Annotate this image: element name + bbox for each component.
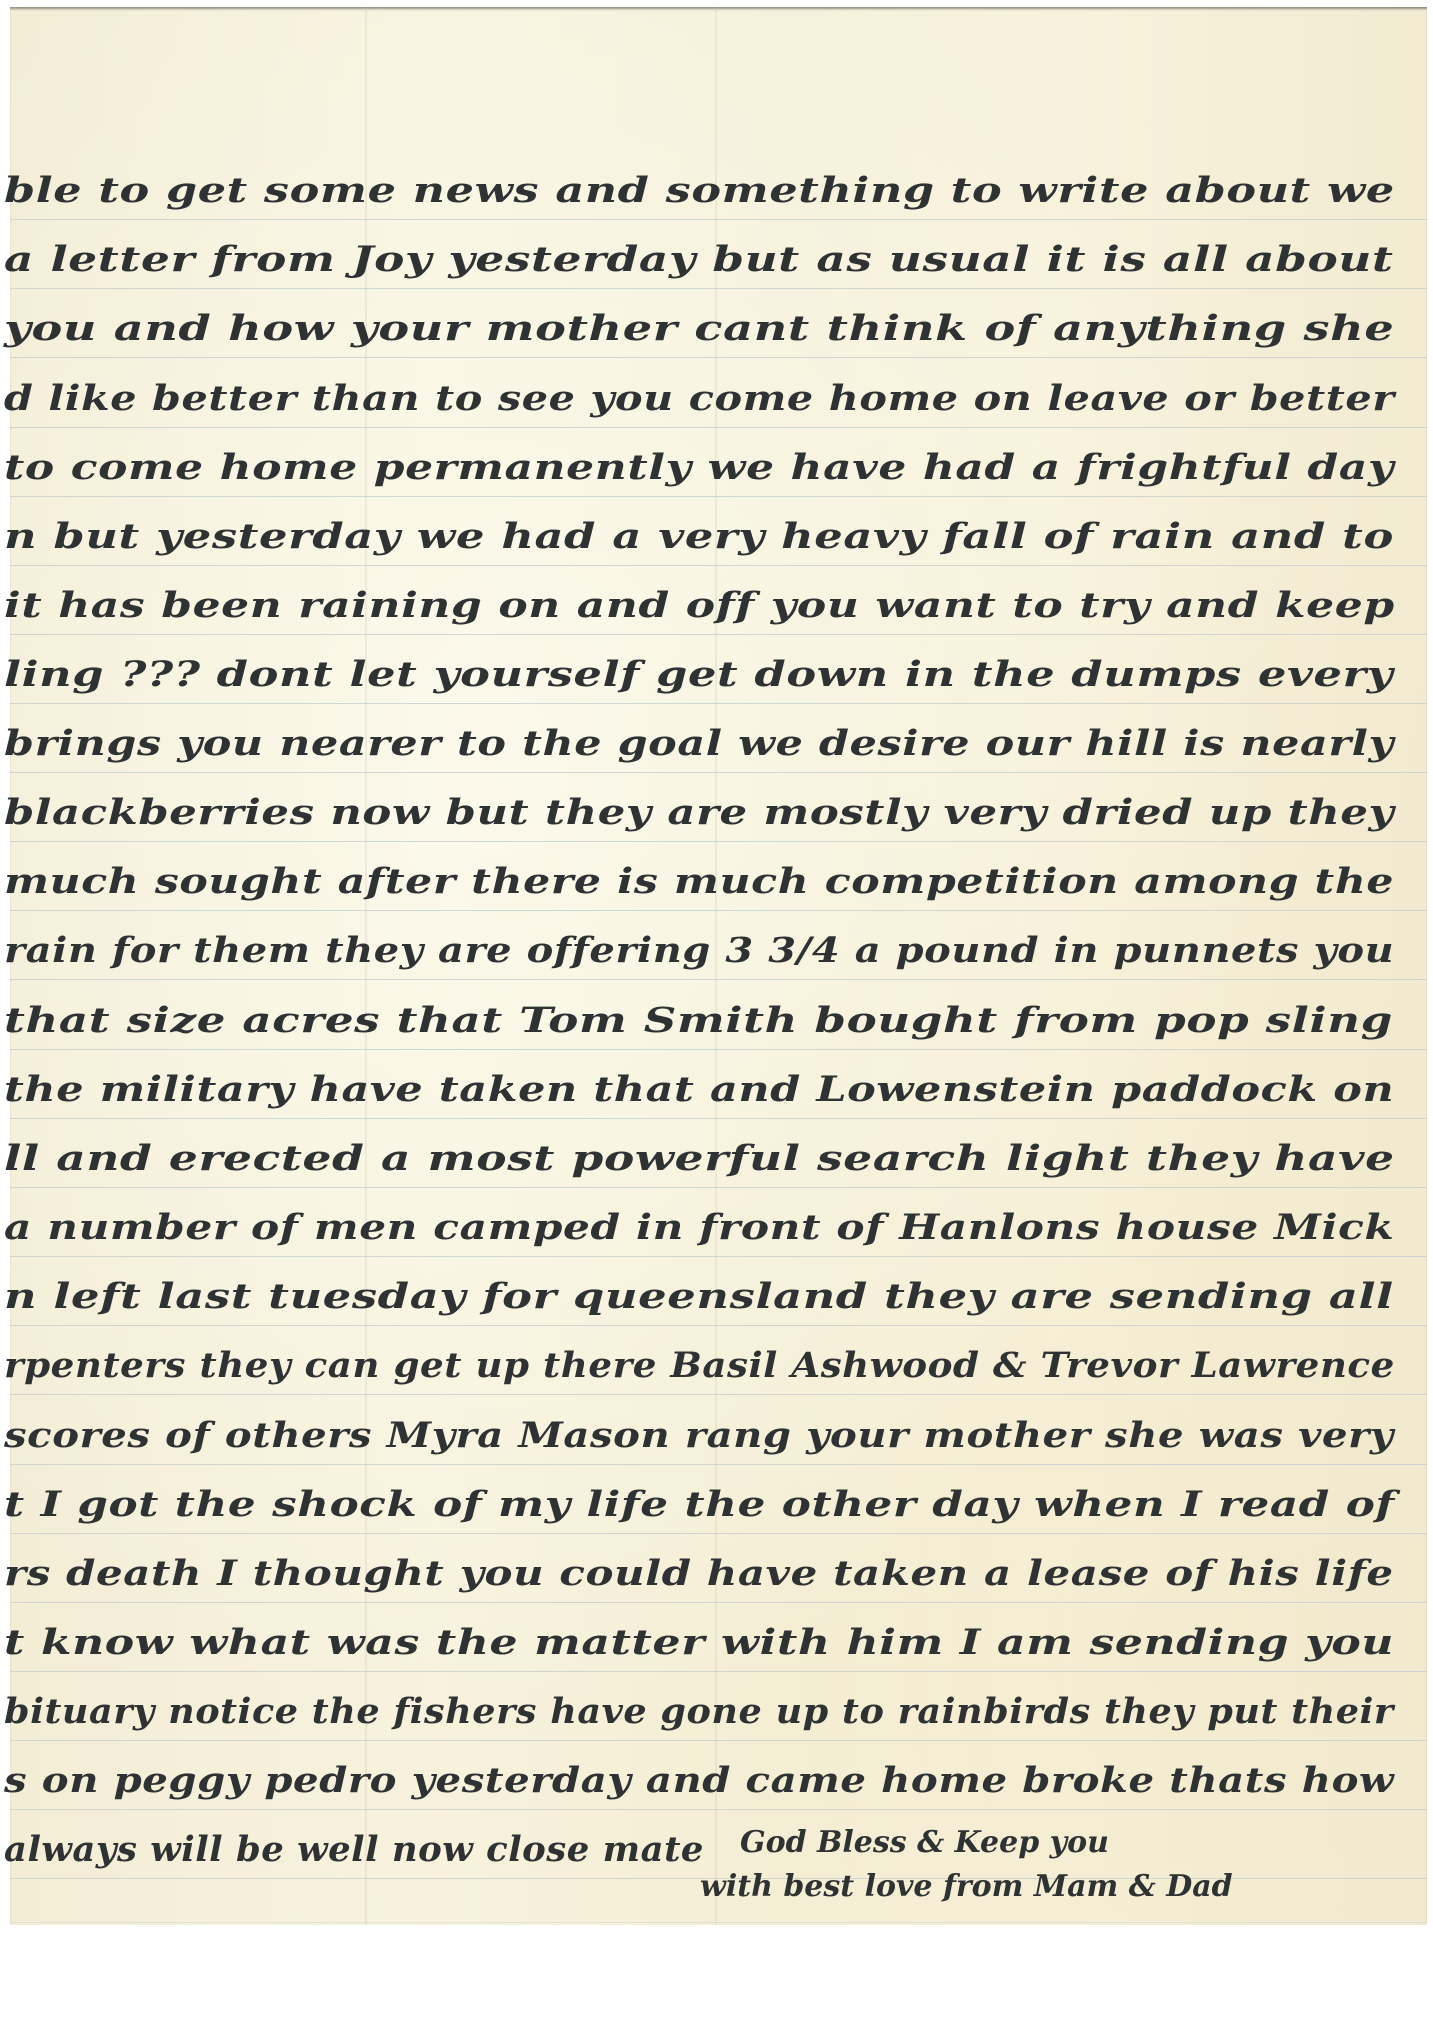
ruled-line	[10, 427, 1427, 428]
handwritten-line: ling ??? dont let yourself get down in t…	[4, 651, 1393, 699]
ruled-line	[10, 1922, 1427, 1923]
handwritten-line: rain for them they are offering 3 3/4 a …	[4, 927, 1394, 975]
handwritten-line: a number of men camped in front of Hanlo…	[4, 1204, 1394, 1252]
handwritten-line: n left last tuesday for queensland they …	[4, 1273, 1394, 1321]
ruled-line	[10, 1049, 1427, 1050]
handwritten-line: it has been raining on and off you want …	[4, 582, 1395, 630]
ruled-line	[10, 1187, 1427, 1188]
handwritten-line: to come home permanently we have had a f…	[4, 444, 1394, 492]
ruled-line	[10, 634, 1427, 635]
letter-sheet: ble to get some news and something to wr…	[10, 7, 1427, 1925]
handwritten-line: rpenters they can get up there Basil Ash…	[4, 1342, 1395, 1390]
ruled-line	[10, 910, 1427, 911]
ruled-line	[10, 772, 1427, 773]
ruled-line	[10, 1394, 1427, 1395]
handwritten-line: much sought after there is much competit…	[4, 858, 1394, 906]
ruled-line	[10, 565, 1427, 566]
ruled-line	[10, 1533, 1427, 1534]
handwritten-line: bituary notice the fishers have gone up …	[4, 1688, 1394, 1736]
handwritten-line: a letter from Joy yesterday but as usual…	[4, 236, 1394, 284]
ruled-line	[10, 357, 1427, 358]
handwritten-line: that size acres that Tom Smith bought fr…	[4, 997, 1393, 1045]
handwritten-line: always will be well now close mate	[4, 1826, 704, 1874]
handwritten-line: ll and erected a most powerful search li…	[4, 1135, 1395, 1183]
handwritten-line: t I got the shock of my life the other d…	[4, 1481, 1395, 1529]
closing-signoff: with best love from Mam & Dad	[700, 1869, 1233, 1904]
ruled-line	[10, 288, 1427, 289]
handwritten-line: t know what was the matter with him I am…	[4, 1619, 1394, 1667]
ruled-line	[10, 1740, 1427, 1741]
handwritten-line: brings you nearer to the goal we desire …	[4, 720, 1394, 768]
ruled-line	[10, 1671, 1427, 1672]
handwritten-line: blackberries now but they are mostly ver…	[4, 789, 1394, 837]
ruled-line	[10, 703, 1427, 704]
ruled-line	[10, 1256, 1427, 1257]
closing-blessing: God Bless & Keep you	[740, 1825, 1109, 1860]
handwritten-line: scores of others Myra Mason rang your mo…	[4, 1412, 1394, 1460]
ruled-line	[10, 219, 1427, 220]
ruled-line	[10, 1809, 1427, 1810]
ruled-line	[10, 1602, 1427, 1603]
handwritten-line: n but yesterday we had a very heavy fall…	[4, 513, 1394, 561]
ruled-line	[10, 1464, 1427, 1465]
handwritten-line: s on peggy pedro yesterday and came home…	[4, 1757, 1394, 1805]
handwritten-line: rs death I thought you could have taken …	[4, 1550, 1394, 1598]
handwritten-line: you and how your mother cant think of an…	[4, 305, 1394, 353]
ruled-line	[10, 841, 1427, 842]
ruled-line	[10, 1118, 1427, 1119]
handwritten-line: ble to get some news and something to wr…	[4, 167, 1395, 215]
handwritten-line: d like better than to see you come home …	[4, 375, 1395, 423]
ruled-line	[10, 496, 1427, 497]
ruled-line	[10, 979, 1427, 980]
handwritten-line: the military have taken that and Lowenst…	[4, 1066, 1394, 1114]
ruled-line	[10, 1325, 1427, 1326]
